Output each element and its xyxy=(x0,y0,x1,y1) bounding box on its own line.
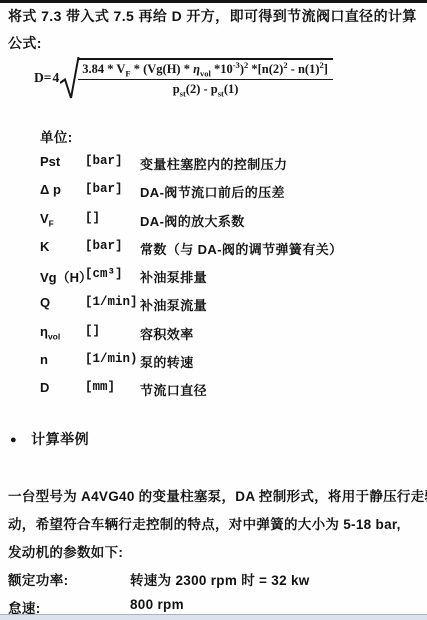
unit-dimension: [mm] xyxy=(85,380,115,394)
unit-symbol: n xyxy=(40,352,48,370)
intro-text-line2: 公式: xyxy=(8,33,42,53)
units-table: Pst [bar] 变量柱塞腔内的控制压力 Δ p [bar] DA-阀节流口前… xyxy=(40,150,410,405)
unit-dimension: [cm³] xyxy=(85,267,123,281)
symbol-text: K xyxy=(40,239,49,254)
den-seg: (1) xyxy=(224,82,239,96)
formula-lhs: D= xyxy=(34,70,51,86)
num-seg: *10 xyxy=(211,62,233,76)
unit-symbol: K xyxy=(40,239,49,257)
units-heading: 单位: xyxy=(40,126,73,146)
symbol-text: Δ p xyxy=(40,182,61,197)
num-seg: *[n(2) xyxy=(248,62,283,76)
formula-denominator: pst(2) - pst(1) xyxy=(78,80,333,98)
symbol-text: V xyxy=(40,211,49,226)
scan-edge-bottom xyxy=(0,614,427,620)
unit-row-vg: Vg（H） [cm³] 补油泵排量 xyxy=(40,263,410,291)
num-seg: ] xyxy=(324,62,328,76)
document-page: 将式 7.3 带入式 7.5 再给 D 开方，即可得到节流阀口直径的计算 公式:… xyxy=(0,0,427,620)
unit-description: 补油泵排量 xyxy=(140,267,207,286)
unit-description: DA-阀的放大系数 xyxy=(140,211,245,230)
spec-label: 额定功率: xyxy=(8,569,69,589)
unit-row-n: n [1/min) 泵的转速 xyxy=(40,348,410,376)
symbol-text: Pst xyxy=(40,154,60,169)
unit-symbol: D xyxy=(40,380,49,398)
unit-description: 常数（与 DA-阀的调节弹簧有关） xyxy=(140,239,343,258)
symbol-text: η xyxy=(40,324,48,339)
symbol-text: D xyxy=(40,380,49,395)
symbol-sub: vol xyxy=(48,331,60,341)
unit-description: 节流口直径 xyxy=(140,380,207,399)
unit-description: 泵的转速 xyxy=(140,352,194,371)
unit-row-dp: Δ p [bar] DA-阀节流口前后的压差 xyxy=(40,178,410,206)
eta-symbol: η xyxy=(193,62,200,76)
unit-dimension: [bar] xyxy=(85,239,123,253)
formula-root-index: 4 xyxy=(52,70,59,86)
symbol-text: Q xyxy=(40,295,50,310)
spec-value: 800 rpm xyxy=(130,597,184,612)
unit-dimension: [bar] xyxy=(85,154,123,168)
spec-value: 转速为 2300 rpm 时 = 32 kw xyxy=(130,569,310,589)
unit-description: 变量柱塞腔内的控制压力 xyxy=(140,154,287,173)
example-paragraph-line1: 一台型号为 A4VG40 的变量柱塞泵，DA 控制形式，将用于静压行走驱 xyxy=(8,485,427,505)
example-section-heading: ●计算举例 xyxy=(10,429,89,449)
unit-dimension: [] xyxy=(85,211,100,225)
unit-description: 容积效率 xyxy=(140,324,194,343)
den-seg: (2) - p xyxy=(186,82,218,96)
unit-row-eta: ηvol [] 容积效率 xyxy=(40,320,410,348)
num-exp-neg3: -3 xyxy=(233,60,240,70)
unit-dimension: [bar] xyxy=(85,182,123,196)
num-seg: 3.84 * V xyxy=(82,62,125,76)
diameter-formula: D= 4 3.84 * VF * (Vg(H) * ηvol *10-3)2 *… xyxy=(34,56,333,100)
num-seg: * (Vg(H) * xyxy=(131,62,194,76)
bullet-icon: ● xyxy=(10,434,17,446)
symbol-text: n xyxy=(40,352,48,367)
num-seg: - n(1) xyxy=(288,62,320,76)
unit-row-k: K [bar] 常数（与 DA-阀的调节弹簧有关） xyxy=(40,235,410,263)
unit-symbol: Q xyxy=(40,295,50,313)
unit-description: DA-阀节流口前后的压差 xyxy=(140,182,285,201)
unit-symbol: ηvol xyxy=(40,324,60,342)
example-heading-text: 计算举例 xyxy=(31,431,89,447)
formula-numerator: 3.84 * VF * (Vg(H) * ηvol *10-3)2 *[n(2)… xyxy=(78,60,333,80)
unit-dimension: [] xyxy=(85,324,100,338)
den-seg: p xyxy=(173,82,180,96)
unit-symbol: Pst xyxy=(40,154,60,172)
scan-edge-top xyxy=(0,0,427,3)
unit-dimension: [1/min] xyxy=(85,295,138,309)
unit-symbol: VF xyxy=(40,211,54,229)
unit-description: 补油泵流量 xyxy=(140,295,207,314)
formula-radicand: 3.84 * VF * (Vg(H) * ηvol *10-3)2 *[n(2)… xyxy=(78,58,333,98)
num-sub-vol: vol xyxy=(200,69,211,79)
example-paragraph-line2: 动，希望符合车辆行走控制的特点，对中弹簧的大小为 5-18 bar, xyxy=(8,513,401,533)
unit-row-pst: Pst [bar] 变量柱塞腔内的控制压力 xyxy=(40,150,410,178)
unit-symbol: Δ p xyxy=(40,182,61,200)
intro-text-line1: 将式 7.3 带入式 7.5 再给 D 开方，即可得到节流阀口直径的计算 xyxy=(8,6,417,26)
example-paragraph-line3: 发动机的参数如下: xyxy=(8,541,123,561)
unit-row-q: Q [1/min] 补油泵流量 xyxy=(40,291,410,319)
unit-dimension: [1/min) xyxy=(85,352,138,366)
radical-icon xyxy=(60,56,80,100)
unit-row-d: D [mm] 节流口直径 xyxy=(40,376,410,404)
symbol-sub: F xyxy=(49,218,54,228)
unit-row-vf: VF [] DA-阀的放大系数 xyxy=(40,207,410,235)
